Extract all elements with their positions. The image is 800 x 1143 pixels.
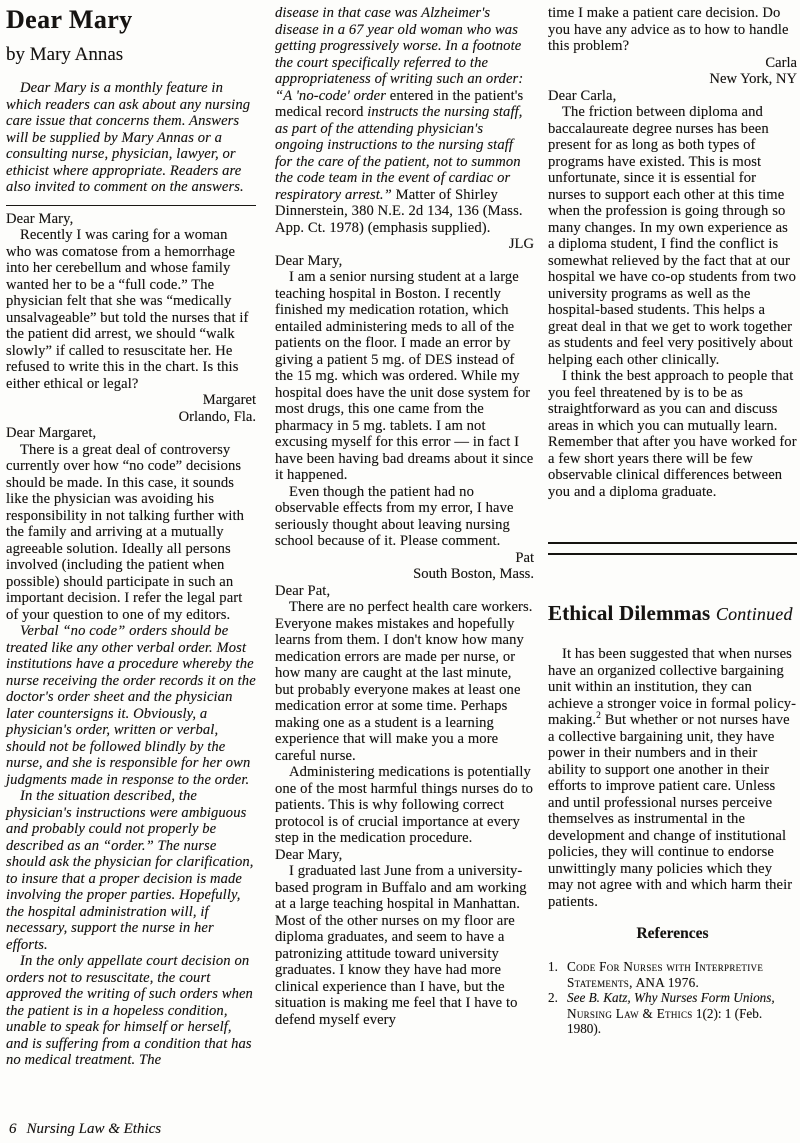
column-right: time I make a patient care decision. Do … bbox=[548, 5, 797, 1069]
letter-paragraph: There is a great deal of controversy cur… bbox=[6, 442, 256, 624]
signature-line: New York, NY bbox=[548, 71, 797, 88]
page-title: Dear Mary bbox=[6, 5, 256, 35]
text-run: See B. Katz, Why Nurses Form Unions, bbox=[567, 990, 775, 1005]
letter-paragraph: Recently I was caring for a woman who wa… bbox=[6, 227, 256, 392]
reference-item: 2.See B. Katz, Why Nurses Form Unions, N… bbox=[548, 990, 797, 1037]
letter-paragraph: Dear Mary is a monthly feature in which … bbox=[6, 80, 256, 196]
letter-salutation: Dear Carla, bbox=[548, 88, 797, 105]
byline: by Mary Annas bbox=[6, 44, 256, 66]
column-middle: disease in that case was Alzheimer's dis… bbox=[275, 5, 534, 1069]
letter-signature: JLG bbox=[275, 236, 534, 253]
text-run: Continued bbox=[716, 604, 793, 624]
letter-paragraph: Verbal “no code” orders should be treate… bbox=[6, 623, 256, 788]
letter-paragraph: time I make a patient care decision. Do … bbox=[548, 5, 797, 55]
letter-paragraph: In the situation described, the physicia… bbox=[6, 788, 256, 953]
column-gap bbox=[548, 500, 797, 542]
letter-paragraph: In the only appellate court decision on … bbox=[6, 953, 256, 1069]
publication-title: Nursing Law & Ethics bbox=[27, 1121, 162, 1137]
reference-text: Code For Nurses with Interpretive Statem… bbox=[567, 959, 797, 990]
letter-salutation: Dear Margaret, bbox=[6, 425, 256, 442]
letter-paragraph: disease in that case was Alzheimer's dis… bbox=[275, 5, 534, 236]
letter-salutation: Dear Mary, bbox=[6, 211, 256, 228]
letter-paragraph: The friction between diploma and baccala… bbox=[548, 104, 797, 368]
double-divider bbox=[548, 542, 797, 555]
letter-paragraph: Administering medications is potentially… bbox=[275, 764, 534, 847]
reference-number: 1. bbox=[548, 959, 567, 990]
letter-salutation: Dear Mary, bbox=[275, 253, 534, 270]
signature-line: Orlando, Fla. bbox=[6, 409, 256, 426]
letter-salutation: Dear Mary, bbox=[275, 847, 534, 864]
reference-text: See B. Katz, Why Nurses Form Unions, Nur… bbox=[567, 990, 797, 1037]
letter-paragraph: I am a senior nursing student at a large… bbox=[275, 269, 534, 484]
signature-line: Carla bbox=[548, 55, 797, 72]
column-layout: Dear Maryby Mary AnnasDear Mary is a mon… bbox=[0, 0, 800, 1069]
signature-line: JLG bbox=[275, 236, 534, 253]
references-heading: References bbox=[548, 925, 797, 943]
reference-number: 2. bbox=[548, 990, 567, 1037]
letter-paragraph: There are no perfect health care workers… bbox=[275, 599, 534, 764]
text-run: Nursing Law & Ethics bbox=[567, 1006, 693, 1021]
letter-signature: MargaretOrlando, Fla. bbox=[6, 392, 256, 425]
magazine-page: Dear Maryby Mary AnnasDear Mary is a mon… bbox=[0, 0, 800, 1143]
letter-paragraph: Even though the patient had no observabl… bbox=[275, 484, 534, 550]
letter-salutation: Dear Pat, bbox=[275, 583, 534, 600]
signature-line: Margaret bbox=[6, 392, 256, 409]
text-run: Code For Nurses with Interpretive Statem… bbox=[567, 959, 763, 990]
page-footer: 6Nursing Law & Ethics bbox=[9, 1121, 161, 1138]
column-gap bbox=[548, 555, 797, 601]
letter-paragraph: It has been suggested that when nurses h… bbox=[548, 646, 797, 910]
column-left: Dear Maryby Mary AnnasDear Mary is a mon… bbox=[6, 5, 256, 1069]
signature-line: South Boston, Mass. bbox=[275, 566, 534, 583]
page-number: 6 bbox=[9, 1121, 17, 1137]
letter-paragraph: I think the best approach to people that… bbox=[548, 368, 797, 500]
text-run: Ethical Dilemmas bbox=[548, 601, 716, 625]
signature-line: Pat bbox=[275, 550, 534, 567]
letter-signature: CarlaNew York, NY bbox=[548, 55, 797, 88]
letter-signature: PatSouth Boston, Mass. bbox=[275, 550, 534, 583]
section-divider bbox=[6, 205, 256, 206]
reference-item: 1.Code For Nurses with Interpretive Stat… bbox=[548, 959, 797, 990]
section-heading: Ethical Dilemmas Continued bbox=[548, 601, 797, 626]
letter-paragraph: I graduated last June from a university-… bbox=[275, 863, 534, 1028]
text-run: But whether or not nurses have a collect… bbox=[548, 712, 792, 910]
